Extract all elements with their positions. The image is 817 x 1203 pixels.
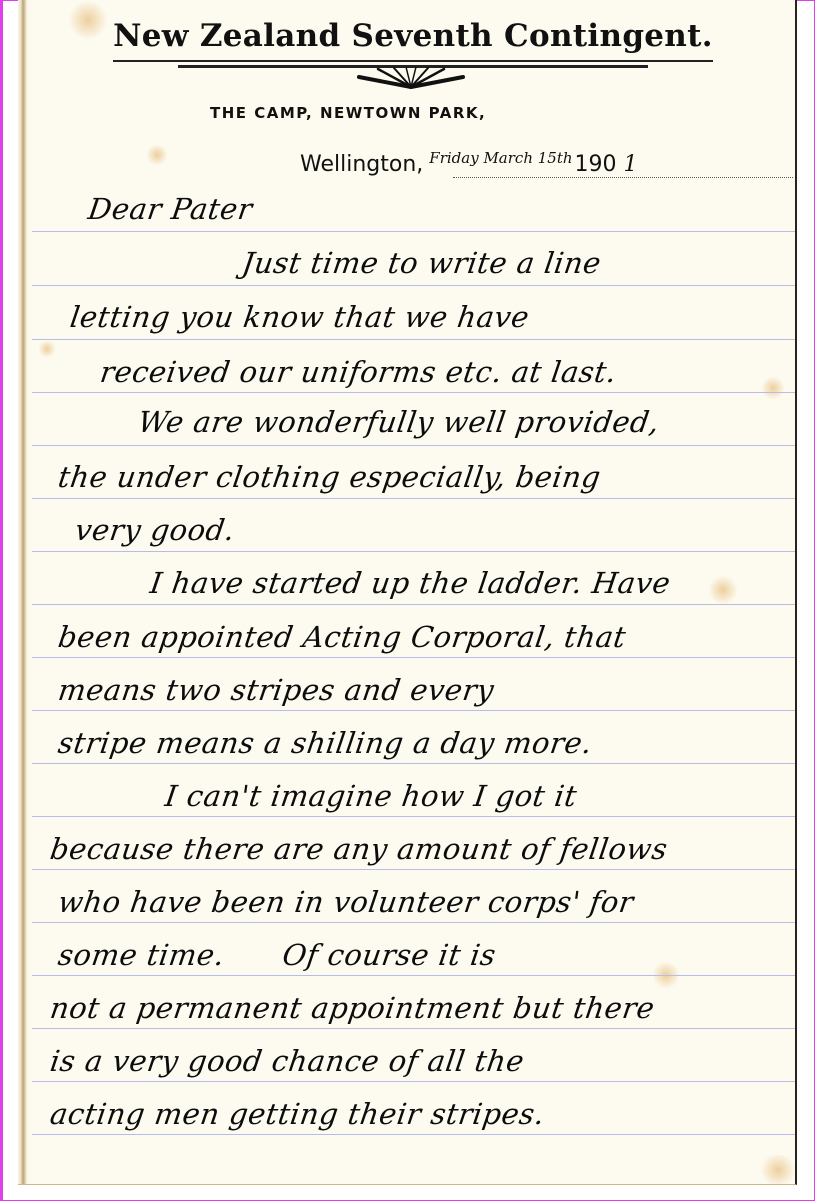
stain	[762, 375, 784, 401]
letterhead-title: New Zealand Seventh Contingent.	[113, 18, 713, 54]
letter-line: letting you know that we have	[68, 300, 531, 334]
ruled-line	[32, 975, 795, 976]
ruled-line	[32, 551, 795, 552]
stain	[708, 575, 738, 605]
ruled-line	[32, 445, 795, 446]
stain	[146, 144, 168, 166]
letter-line: Just time to write a line	[240, 246, 603, 280]
letter-line: because there are any amount of fellows	[48, 832, 670, 866]
ruled-line	[32, 1134, 795, 1135]
letter-line: some time. Of course it is	[56, 938, 498, 972]
ruled-line	[32, 392, 795, 393]
ruled-line	[32, 1028, 795, 1029]
letter-line: not a permanent appointment but there	[48, 991, 657, 1025]
ruled-line	[32, 710, 795, 711]
letter-line: stripe means a shilling a day more.	[56, 726, 594, 760]
year-printed: 190	[575, 152, 617, 177]
sunburst-ornament-icon	[356, 67, 466, 89]
letter-line: I can't imagine how I got it	[163, 779, 579, 813]
letter-line: We are wonderfully well provided,	[136, 405, 662, 439]
letter-line: who have been in volunteer corps' for	[56, 885, 636, 919]
ruled-line	[32, 498, 795, 499]
ruled-line	[32, 604, 795, 605]
date-dotted-line	[453, 177, 793, 178]
ruled-line	[32, 657, 795, 658]
ruled-line	[32, 285, 795, 286]
letter-line: been appointed Acting Corporal, that	[56, 620, 628, 654]
city: Wellington,	[300, 152, 423, 177]
ruled-line	[32, 231, 795, 232]
letter-line: I have started up the ladder. Have	[148, 566, 673, 600]
stain	[38, 340, 56, 358]
salutation: Dear Pater	[86, 192, 255, 226]
letter-line: is a very good chance of all the	[48, 1044, 526, 1078]
handwritten-date: Friday March 15th	[429, 149, 572, 167]
ruled-line	[32, 816, 795, 817]
letter-line: means two stripes and every	[56, 673, 496, 707]
ruled-line	[32, 922, 795, 923]
dateline: Wellington,Friday March 15th190 1	[300, 152, 638, 177]
letter-page: New Zealand Seventh Contingent. THE CAMP…	[18, 0, 797, 1185]
letter-line: received our uniforms etc. at last.	[98, 355, 619, 389]
letter-line: acting men getting their stripes.	[48, 1097, 547, 1131]
ruled-line	[32, 339, 795, 340]
page-binding-edge	[18, 0, 32, 1184]
ruled-line	[32, 763, 795, 764]
ruled-line	[32, 869, 795, 870]
ruled-line	[32, 1081, 795, 1082]
stain	[758, 1155, 797, 1185]
letter-line: the under clothing especially, being	[56, 460, 603, 494]
letterhead-address: THE CAMP, NEWTOWN PARK,	[210, 104, 486, 122]
letterhead-rule	[113, 60, 713, 62]
stain	[68, 0, 108, 40]
letter-line: very good.	[73, 513, 237, 547]
year-handwritten: 1	[624, 152, 638, 177]
